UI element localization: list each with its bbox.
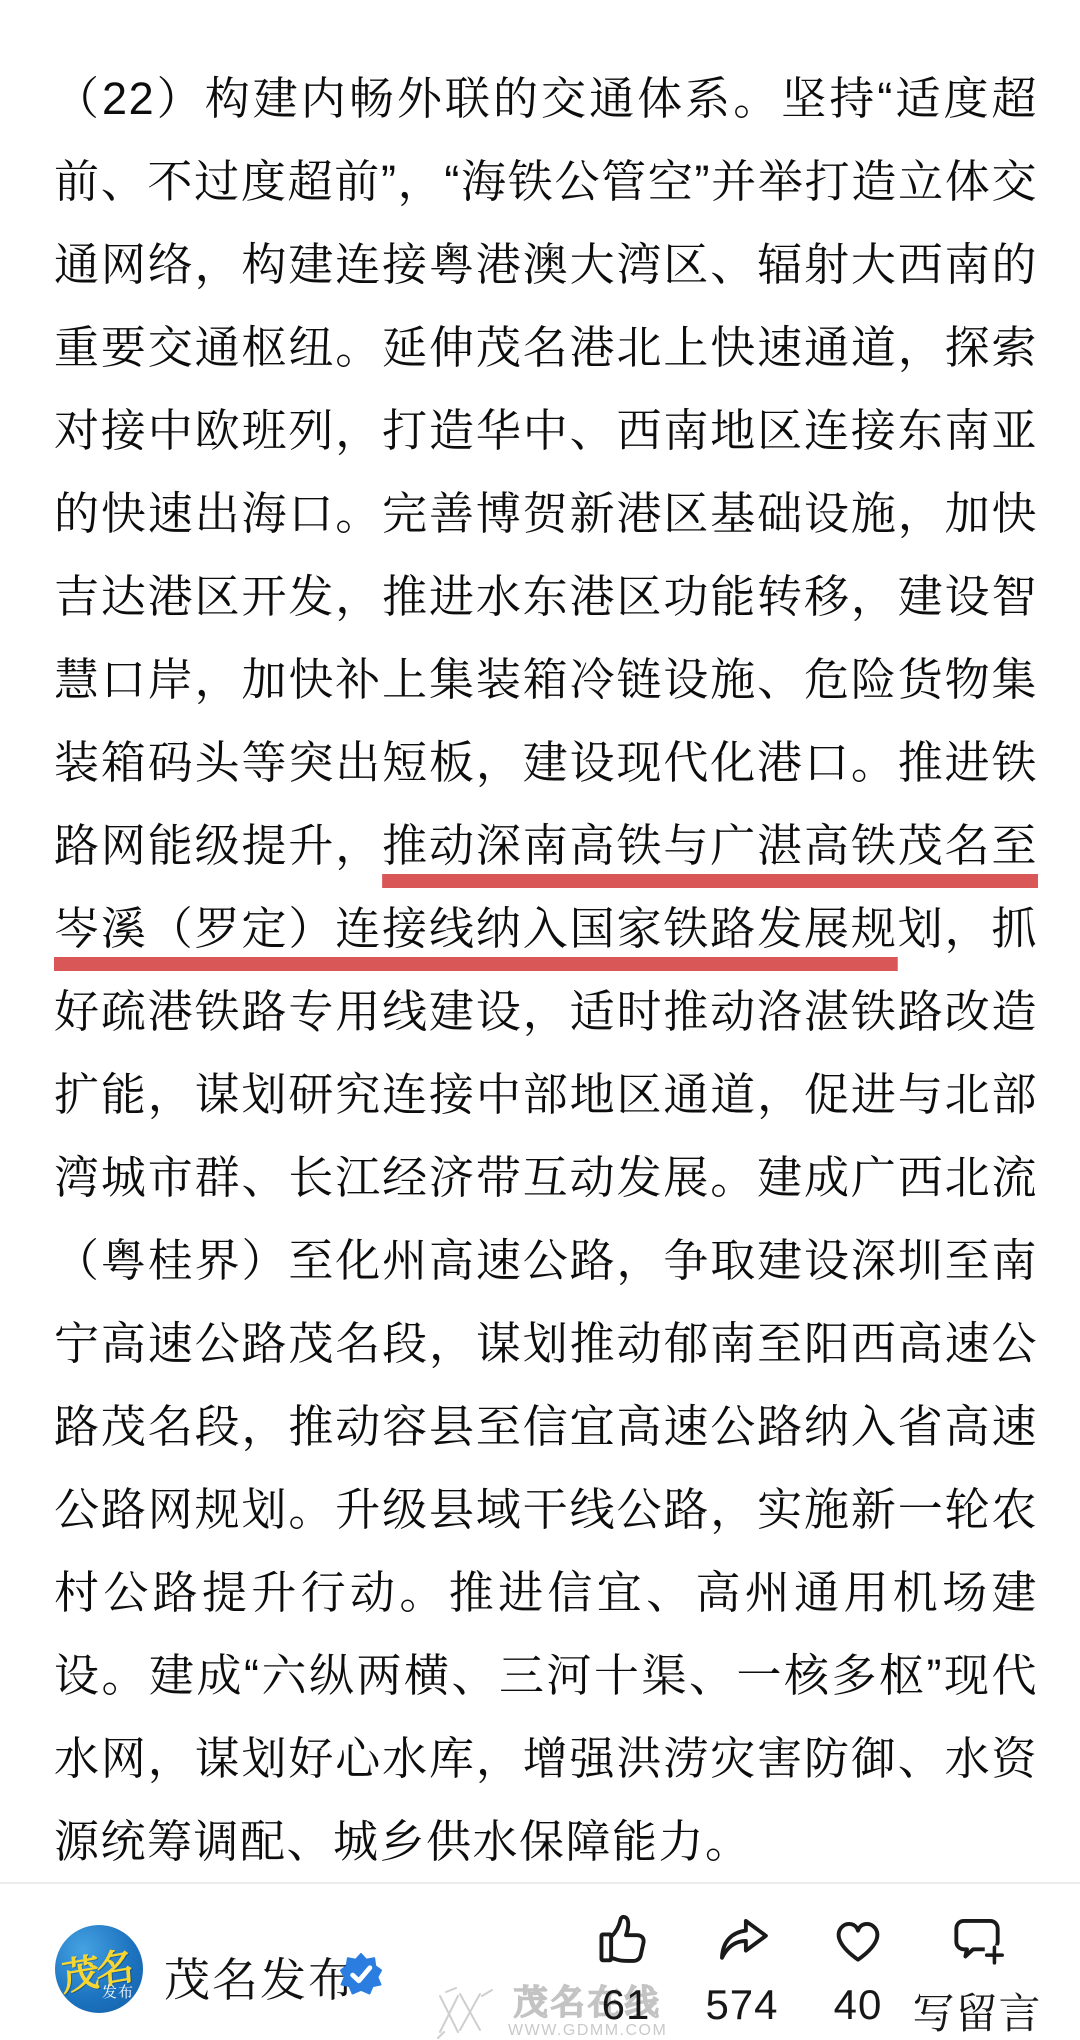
verified-seal-icon [340, 1953, 382, 1995]
watermark-logo-icon [436, 1986, 500, 2040]
share-arrow-icon [711, 1908, 773, 1970]
comment-button[interactable]: 写留言 [902, 1908, 1052, 2040]
comment-label: 写留言 [902, 1981, 1052, 2040]
article-paragraph: （22）构建内畅外联的交通体系。坚持“适度超前、不过度超前”，“海铁公管空”并举… [54, 57, 1038, 1883]
account-name[interactable]: 茂名发布 [164, 1944, 356, 2010]
comment-plus-icon [946, 1908, 1008, 1970]
footer-divider [0, 1882, 1080, 1884]
paragraph-segment-pre: （22）构建内畅外联的交通体系。坚持“适度超前、不过度超前”，“海铁公管空”并举… [54, 73, 1038, 871]
avatar-sub-text: 发布 [102, 1981, 134, 2002]
heart-icon [827, 1908, 889, 1970]
account-avatar[interactable]: 茂名 发布 [55, 1925, 143, 2013]
thumbs-up-icon [595, 1908, 657, 1970]
paragraph-segment-post: 划，抓好疏港铁路专用线建设，适时推动洛湛铁路改造扩能，谋划研究连接中部地区通道，… [54, 903, 1038, 1867]
article-body: （22）构建内畅外联的交通体系。坚持“适度超前、不过度超前”，“海铁公管空”并举… [54, 12, 1038, 1928]
